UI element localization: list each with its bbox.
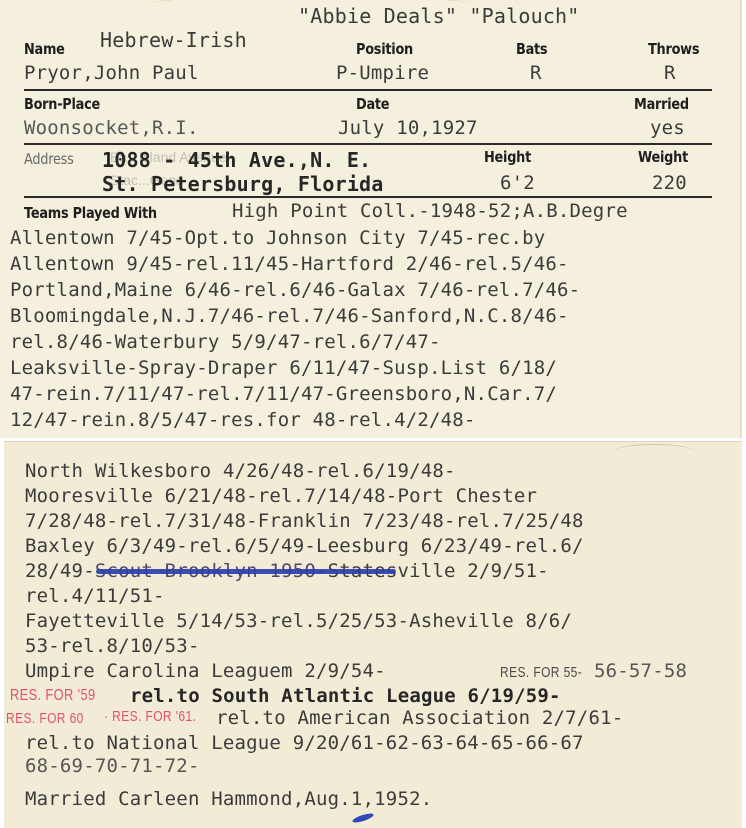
value-throws: R <box>664 62 676 84</box>
teams-first-line: High Point Coll.-1948-52;A.B.Degre <box>232 200 628 222</box>
career-line: 47-rein.7/11/47-rel.7/11/47-Greensboro,N… <box>10 383 557 405</box>
reserve-years-56-58: 56-57-58 <box>594 660 687 682</box>
value-address-line2: St. Petersburg, Florida <box>102 172 384 196</box>
career-line: Leaksville-Spray-Draper 6/11/47-Susp.Lis… <box>10 357 557 379</box>
transfer-american-association: rel.to American Association 2/7/61- <box>216 707 623 729</box>
divider <box>24 89 712 91</box>
value-bats: R <box>530 62 542 84</box>
label-married: Married <box>634 95 689 113</box>
blue-strikethrough <box>96 569 396 574</box>
career-line: Fayetteville 5/14/53-rel.5/25/53-Ashevil… <box>25 610 572 632</box>
marriage-note: Married Carleen Hammond,Aug.1,1952. <box>25 788 432 810</box>
transfer-south-atlantic: rel.to South Atlantic League 6/19/59- <box>130 685 561 707</box>
career-line: Allentown 7/45-Opt.to Johnson City 7/45-… <box>10 227 545 249</box>
career-line: Mooresville 6/21/48-rel.7/14/48-Port Che… <box>25 485 537 507</box>
umpire-line: Umpire Carolina Leaguem 2/9/54- <box>25 660 386 682</box>
career-line: rel.8/46-Waterbury 5/9/47-rel.6/7/47- <box>10 331 441 353</box>
transfer-national-league: rel.to National League 9/20/61-62-63-64-… <box>25 732 584 754</box>
career-line: 12/47-rein.8/5/47-res.for 48-rel.4/2/48- <box>10 409 476 431</box>
label-throws: Throws <box>648 40 699 58</box>
career-line: Portland,Maine 6/46-rel.6/46-Galax 7/46-… <box>10 279 580 301</box>
reserve-years-68-72: 68-69-70-71-72- <box>25 755 200 777</box>
label-date: Date <box>356 95 389 113</box>
nickname-line: "Abbie Deals" "Palouch" <box>298 4 580 28</box>
career-line: rel.4/11/51- <box>25 585 165 607</box>
record-card-bottom: North Wilkesboro 4/26/48-rel.6/19/48- Mo… <box>4 441 742 828</box>
label-bats: Bats <box>516 40 547 58</box>
paper-crease <box>614 444 694 459</box>
red-stamp-res-61: · RES. FOR '61. <box>104 708 196 725</box>
value-born-place: Woonsocket,R.I. <box>24 117 199 139</box>
value-married: yes <box>650 117 685 139</box>
career-line: Bloomingdale,N.J.7/46-rel.7/46-Sanford,N… <box>10 305 569 327</box>
ethnicity: Hebrew-Irish <box>100 28 247 52</box>
blue-ink-mark <box>352 812 375 825</box>
value-address-line1: 1088 - 45th Ave.,N. E. <box>102 148 371 172</box>
divider <box>24 196 712 198</box>
label-name: Name <box>24 40 65 58</box>
career-line: 53-rel.8/10/53- <box>25 635 200 657</box>
red-stamp-res-59: RES. FOR '59 <box>10 687 95 705</box>
label-born-place: Born-Place <box>24 95 100 113</box>
label-address: Address <box>24 150 74 168</box>
divider <box>24 143 712 145</box>
reserve-stamp-55: RES. FOR 55- <box>500 664 582 681</box>
record-card-top: "Abbie Deals" "Palouch" Hebrew-Irish Nam… <box>0 0 742 438</box>
career-line: Baxley 6/3/49-rel.6/5/49-Leesburg 6/23/4… <box>25 535 584 557</box>
label-weight: Weight <box>638 148 688 166</box>
career-line: North Wilkesboro 4/26/48-rel.6/19/48- <box>25 460 456 482</box>
value-position: P-Umpire <box>336 62 429 84</box>
label-position: Position <box>356 40 413 58</box>
value-height: 6'2 <box>500 172 535 194</box>
career-line: Allentown 9/45-rel.11/45-Hartford 2/46-r… <box>10 253 569 275</box>
value-name: Pryor,John Paul <box>24 62 199 84</box>
label-teams-played-with: Teams Played With <box>24 204 157 222</box>
value-weight: 220 <box>652 172 687 194</box>
value-date: July 10,1927 <box>338 117 478 139</box>
career-line: 7/28/48-rel.7/31/48-Franklin 7/23/48-rel… <box>25 510 584 532</box>
strike-prefix: 28/49- <box>25 560 95 582</box>
label-height: Height <box>484 148 531 166</box>
red-stamp-res-60: RES. FOR 60 <box>6 710 84 727</box>
